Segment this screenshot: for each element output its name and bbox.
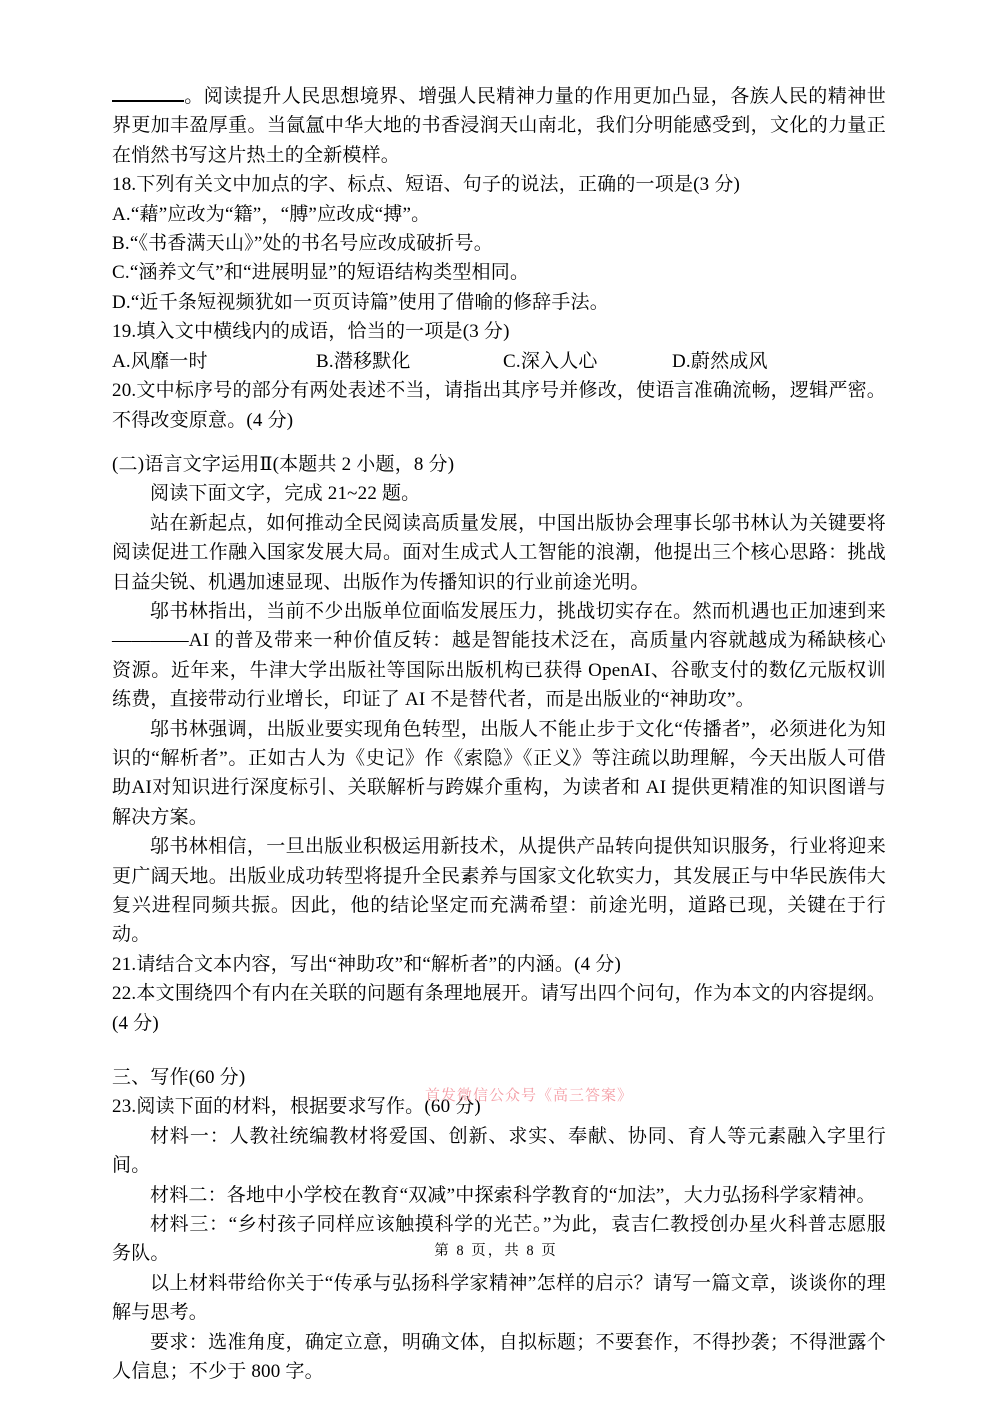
question-18-option-c: C.“涵养文气”和“进展明显”的短语结构类型相同。 xyxy=(112,258,886,287)
question-19-options: A.风靡一时B.潜移默化C.深入人心D.蔚然成风 xyxy=(112,347,886,376)
section-2-heading: (二)语言文字运用Ⅱ(本题共 2 小题，8 分) xyxy=(112,450,886,479)
passage-paragraph-3: 邬书林强调，出版业要实现角色转型，出版人不能止步于文化“传播者”，必须进化为知识… xyxy=(112,715,886,833)
question-20: 20.文中标序号的部分有两处表述不当，请指出其序号并修改，使语言准确流畅，逻辑严… xyxy=(112,376,886,435)
option-item: C.深入人心 xyxy=(503,347,672,376)
essay-requirements: 要求：选准角度，确定立意，明确文体，自拟标题；不要套作，不得抄袭；不得泄露个人信… xyxy=(112,1328,886,1387)
essay-prompt: 以上材料带给你关于“传承与弘扬科学家精神”怎样的启示？请写一篇文章，谈谈你的理解… xyxy=(112,1269,886,1328)
passage-paragraph-2: 邬书林指出，当前不少出版单位面临发展压力，挑战切实存在。然而机遇也正加速到来——… xyxy=(112,597,886,715)
exam-content: 。阅读提升人民思想境界、增强人民精神力量的作用更加凸显，各族人民的精神世界更加丰… xyxy=(112,82,886,1387)
passage-paragraph-1: 站在新起点，如何推动全民阅读高质量发展，中国出版协会理事长邬书林认为关键要将阅读… xyxy=(112,509,886,597)
question-18-option-d: D.“近千条短视频犹如一页页诗篇”使用了借喻的修辞手法。 xyxy=(112,288,886,317)
question-18-option-a: A.“藉”应改为“籍”，“膊”应改成“搏”。 xyxy=(112,200,886,229)
material-2: 材料二：各地中小学校在教育“双减”中探索科学教育的“加法”，大力弘扬科学家精神。 xyxy=(112,1181,886,1210)
exam-page: 。阅读提升人民思想境界、增强人民精神力量的作用更加凸显，各族人民的精神世界更加丰… xyxy=(0,0,992,1402)
option-item: D.蔚然成风 xyxy=(672,347,768,376)
question-18: 18.下列有关文中加点的字、标点、短语、句子的说法，正确的一项是(3 分) xyxy=(112,170,886,199)
passage-paragraph-4: 邬书林相信，一旦出版业积极运用新技术，从提供产品转向提供知识服务，行业将迎来更广… xyxy=(112,832,886,950)
passage-tail-paragraph: 。阅读提升人民思想境界、增强人民精神力量的作用更加凸显，各族人民的精神世界更加丰… xyxy=(112,82,886,170)
material-1: 材料一：人教社统编教材将爱国、创新、求实、奉献、协同、育人等元素融入字里行间。 xyxy=(112,1122,886,1181)
option-item: B.潜移默化 xyxy=(316,347,503,376)
question-18-option-b: B.“《书香满天山》”处的书名号应改成破折号。 xyxy=(112,229,886,258)
spacer xyxy=(112,1038,886,1063)
watermark-text: 首发微信公众号《高三答案》 xyxy=(425,1084,633,1105)
question-21: 21.请结合文本内容，写出“神助攻”和“解析者”的内涵。(4 分) xyxy=(112,950,886,979)
question-19: 19.填入文中横线内的成语，恰当的一项是(3 分) xyxy=(112,317,886,346)
blank-underline xyxy=(112,82,184,102)
reading-instruction: 阅读下面文字，完成 21~22 题。 xyxy=(112,479,886,508)
page-footer: 第 8 页，共 8 页 xyxy=(0,1239,992,1260)
question-22: 22.本文围绕四个有内在关联的问题有条理地展开。请写出四个问句，作为本文的内容提… xyxy=(112,979,886,1038)
spacer xyxy=(112,435,886,450)
option-item: A.风靡一时 xyxy=(112,347,316,376)
